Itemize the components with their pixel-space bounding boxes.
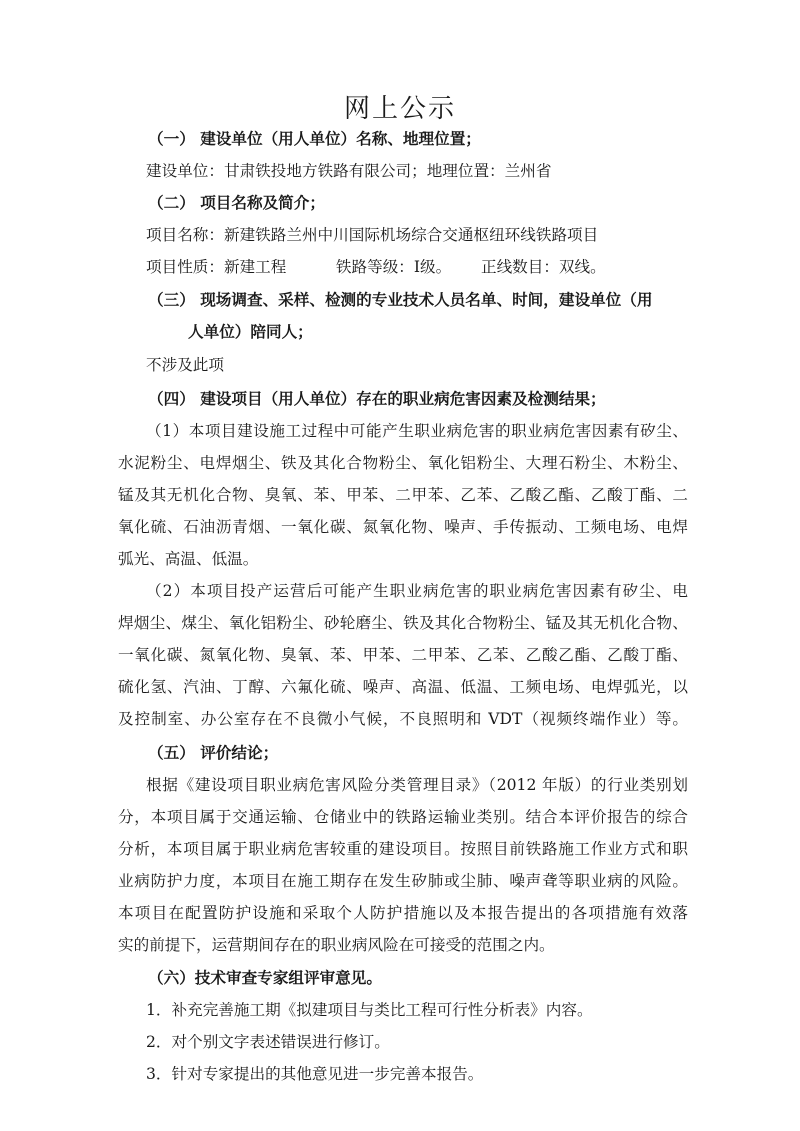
review-item: 2．对个别文字表述错误进行修订。	[146, 1030, 390, 1054]
para1-line: 水泥粉尘、电焊烟尘、铁及其化合物粉尘、氧化铝粉尘、大理石粉尘、木粉尘、	[118, 451, 688, 475]
section-1-heading: （一） 建设单位（用人单位）名称、地理位置；	[148, 127, 481, 151]
section-2-heading: （二） 项目名称及简介；	[148, 191, 325, 215]
section-3-heading-cont: 人单位）陪同人；	[188, 320, 313, 344]
para2-line: 一氧化碳、氮氧化物、臭氧、苯、甲苯、二甲苯、乙苯、乙酸乙酯、乙酸丁酯、	[118, 643, 688, 667]
conclusion-line: 分析，本项目属于职业病危害较重的建设项目。按照目前铁路施工作业方式和职	[118, 837, 688, 861]
para1-line: 弧光、高温、低温。	[118, 547, 258, 571]
para1-line: 锰及其无机化合物、臭氧、苯、甲苯、二甲苯、乙苯、乙酸乙酯、乙酸丁酯、二	[118, 483, 688, 507]
conclusion-line: 本项目在配置防护设施和采取个人防护措施以及本报告提出的各项措施有效落	[118, 901, 688, 925]
section-5-heading: （五） 评价结论；	[148, 741, 278, 765]
review-item: 3．针对专家提出的其他意见进一步完善本报告。	[146, 1062, 483, 1086]
section-1-line: 建设单位：甘肃铁投地方铁路有限公司；地理位置：兰州省	[146, 159, 551, 183]
document-page: 网上公示 （一） 建设单位（用人单位）名称、地理位置； 建设单位：甘肃铁投地方铁…	[0, 0, 800, 1131]
para2-line: 焊烟尘、煤尘、氧化铝粉尘、砂轮磨尘、铁及其化合物粉尘、锰及其无机化合物、	[118, 611, 688, 635]
project-nature-line: 项目性质：新建工程 铁路等级：Ⅰ级。 正线数目：双线。	[146, 255, 606, 279]
conclusion-line: 分，本项目属于交通运输、仓储业中的铁路运输业类别。结合本评价报告的综合	[118, 805, 688, 829]
review-item: 1．补充完善施工期《拟建项目与类比工程可行性分析表》内容。	[146, 998, 593, 1022]
conclusion-line: 实的前提下，运营期间存在的职业病风险在可接受的范围之内。	[118, 933, 555, 957]
project-name-line: 项目名称：新建铁路兰州中川国际机场综合交通枢纽环线铁路项目	[146, 223, 598, 247]
page-title: 网上公示	[0, 88, 800, 125]
para1-line: 氧化硫、石油沥青烟、一氧化碳、氮氧化物、噪声、手传振动、工频电场、电焊	[118, 515, 688, 539]
section-3-line: 不涉及此项	[146, 353, 224, 377]
conclusion-line: 根据《建设项目职业病危害风险分类管理目录》（2012 年版）的行业类别划	[146, 773, 688, 797]
para1-line: （1）本项目建设施工过程中可能产生职业病危害的职业病危害因素有矽尘、	[146, 419, 688, 443]
para2-line: （2）本项目投产运营后可能产生职业病危害的职业病危害因素有矽尘、电	[146, 579, 688, 603]
section-4-heading: （四） 建设项目（用人单位）存在的职业病危害因素及检测结果；	[148, 387, 606, 411]
section-6-heading: （六）技术审查专家组评审意见。	[148, 966, 382, 990]
conclusion-line: 业病防护力度，本项目在施工期存在发生矽肺或尘肺、噪声聋等职业病的风险。	[118, 869, 688, 893]
section-3-heading: （三） 现场调查、采样、检测的专业技术人员名单、时间，建设单位（用	[148, 288, 652, 312]
para2-line: 及控制室、办公室存在不良微小气候，不良照明和 VDT（视频终端作业）等。	[118, 707, 688, 731]
para2-line: 硫化氢、汽油、丁醇、六氟化硫、噪声、高温、低温、工频电场、电焊弧光，以	[118, 675, 688, 699]
